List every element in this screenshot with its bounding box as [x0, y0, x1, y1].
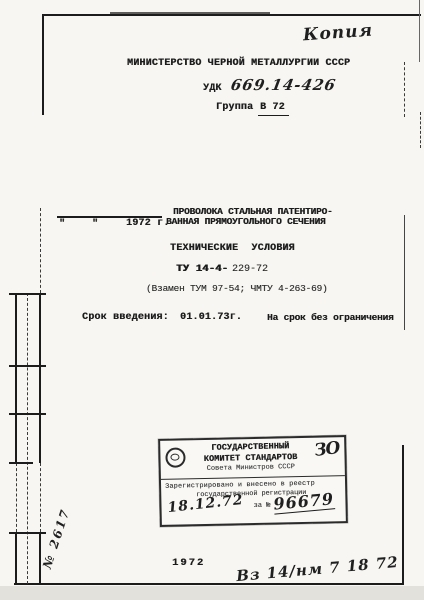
page-border-top-double [110, 12, 270, 14]
stamp-reg-no-handwritten: 96679 [273, 489, 335, 514]
scan-edge-right-top [419, 0, 420, 62]
ladder-rail-left-dash [16, 463, 17, 532]
ladder-rail-right-dash [40, 463, 41, 532]
stamp-emblem-inner [170, 454, 179, 461]
ladder-rung-5 [9, 532, 46, 534]
date-quote-open: " [59, 219, 65, 230]
doc-number-suffix: 229-72 [232, 264, 268, 275]
date-quote-close: " [92, 219, 98, 230]
scanned-document-page: { "document": { "copy_note": "Копия", "m… [0, 0, 424, 600]
page-border-right-dash-b [404, 62, 405, 117]
group-value: В 72 [258, 102, 289, 116]
ministry-line: МИНИСТЕРСТВО ЧЕРНОЙ МЕТАЛЛУРГИИ СССР [127, 58, 350, 69]
ladder-rail-center-dash [27, 293, 28, 584]
ladder-rail-left-b [15, 532, 17, 584]
ladder-dash-top [40, 208, 41, 293]
stamp-reg-no-label: за № [253, 502, 270, 510]
stamp-right-mark-handwritten: ЗО [313, 438, 340, 461]
ladder-rung-2 [9, 365, 46, 367]
date-year: 1972 г. [126, 218, 169, 229]
doc-number-prefix: ТУ 14-4- [176, 263, 228, 275]
stamp-reg-date-handwritten: 18.12.72 [167, 492, 244, 516]
ladder-rung-1 [9, 293, 46, 295]
replaces-note: (Взамен ТУМ 97-54; ЧМТУ 4-263-69) [146, 283, 328, 294]
stamp-org-line3: Совета Министров СССР [185, 463, 317, 474]
doc-title-line2: ВАННАЯ ПРЯМОУГОЛЬНОГО СЕЧЕНИЯ [166, 216, 326, 227]
copy-note-handwritten: Копия [302, 21, 373, 46]
registration-stamp: ЗО ГОСУДАРСТВЕННЫЙ КОМИТЕТ СТАНДАРТОВ Со… [158, 435, 348, 527]
doc-type: ТЕХНИЧЕСКИЕ УСЛОВИЯ [170, 243, 295, 254]
ladder-rung-4 [9, 462, 33, 464]
page-border-top [42, 14, 421, 16]
ladder-rung-3 [9, 413, 46, 415]
udk-label: УДК [203, 83, 222, 94]
stamp-emblem-icon [165, 447, 185, 467]
ladder-rail-right-b [39, 532, 41, 584]
group-label: Группа [216, 102, 253, 113]
page-border-right-lower [402, 445, 404, 585]
page-border-right-mid [404, 215, 405, 330]
introduction-note: На срок без ограничения [267, 312, 394, 323]
page-border-right-dash-a [420, 112, 421, 148]
page-border-left-upper [42, 14, 44, 115]
ladder-rail-right-a [39, 293, 41, 463]
scan-bottom-strip [0, 586, 424, 600]
introduction-label: Срок введения: [82, 312, 169, 323]
udk-value-handwritten: 669.14-426 [229, 76, 337, 94]
footer-year: 1972 [172, 557, 205, 569]
introduction-value: 01.01.73г. [180, 312, 242, 323]
ladder-rail-left-a [15, 293, 17, 463]
page-border-bottom [14, 583, 404, 585]
footer-note-handwritten: Вз 14/нм 7 18 72 [236, 553, 400, 585]
margin-note-handwritten: № 2617 [40, 506, 73, 570]
